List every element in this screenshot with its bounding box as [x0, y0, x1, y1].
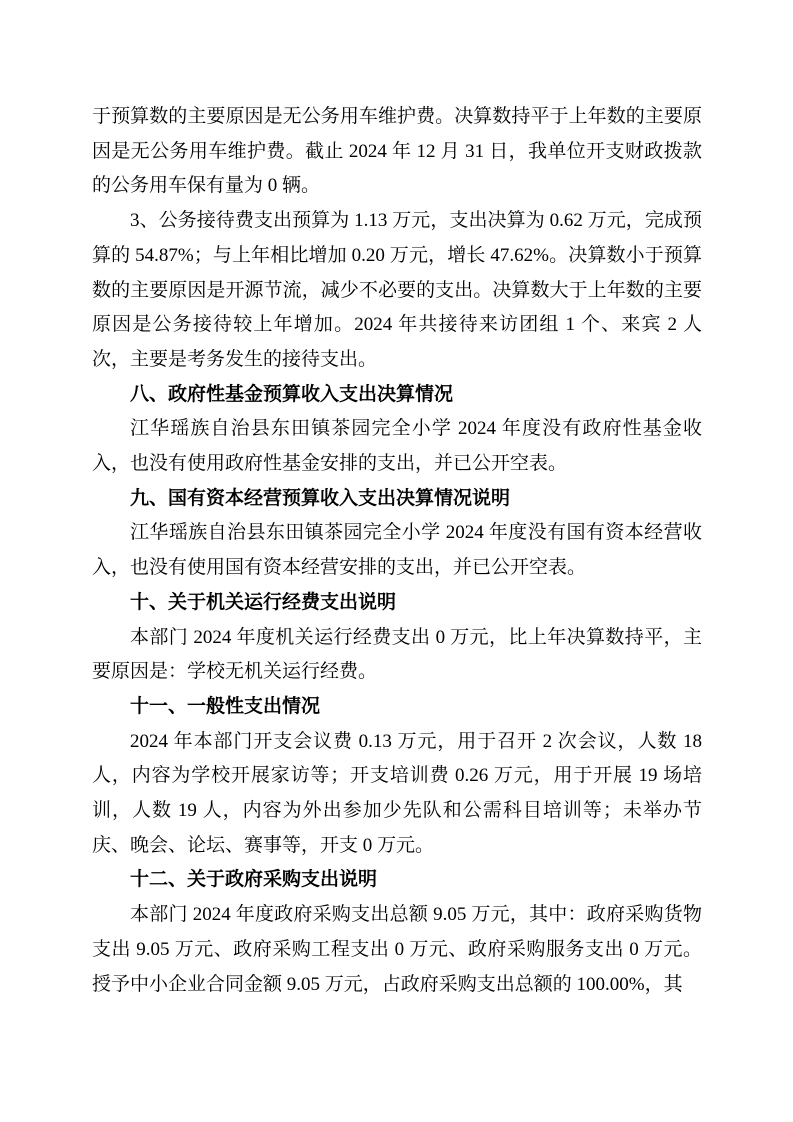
section-heading-9-state-capital-operation: 九、国有资本经营预算收入支出决算情况说明 — [92, 482, 702, 517]
paragraph-government-fund-budget: 江华瑶族自治县东田镇茶园完全小学 2024 年度没有政府性基金收入，也没有使用政… — [92, 412, 702, 481]
document-body: 于预算数的主要原因是无公务用车维护费。决算数持平于上年数的主要原因是无公务用车维… — [92, 100, 702, 1002]
paragraph-government-procurement: 本部门 2024 年度政府采购支出总额 9.05 万元，其中：政府采购货物支出 … — [92, 898, 702, 1002]
paragraph-vehicle-expense-continuation: 于预算数的主要原因是无公务用车维护费。决算数持平于上年数的主要原因是无公务用车维… — [92, 100, 702, 204]
paragraph-state-capital-operation: 江华瑶族自治县东田镇茶园完全小学 2024 年度没有国有资本经营收入，也没有使用… — [92, 516, 702, 585]
section-heading-12-government-procurement: 十二、关于政府采购支出说明 — [92, 863, 702, 898]
paragraph-general-expenditure: 2024 年本部门开支会议费 0.13 万元，用于召开 2 次会议，人数 18 … — [92, 725, 702, 864]
section-heading-8-government-fund-budget: 八、政府性基金预算收入支出决算情况 — [92, 378, 702, 413]
section-heading-10-agency-operating-funds: 十、关于机关运行经费支出说明 — [92, 586, 702, 621]
paragraph-agency-operating-funds: 本部门 2024 年度机关运行经费支出 0 万元，比上年决算数持平，主要原因是：… — [92, 621, 702, 690]
document-page: 于预算数的主要原因是无公务用车维护费。决算数持平于上年数的主要原因是无公务用车维… — [0, 0, 793, 1122]
paragraph-official-reception-expense: 3、公务接待费支出预算为 1.13 万元，支出决算为 0.62 万元，完成预算的… — [92, 204, 702, 378]
section-heading-11-general-expenditure: 十一、一般性支出情况 — [92, 690, 702, 725]
